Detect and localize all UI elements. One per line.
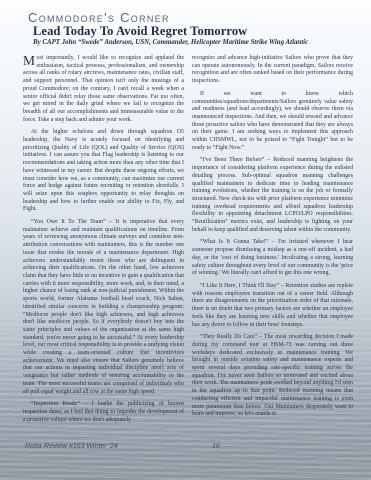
paragraph: “I've Been There Before” – Reduced manni… bbox=[192, 157, 353, 234]
paragraph: At the higher echelons and down through … bbox=[23, 129, 184, 214]
paragraph-lead: Most importantly, I would like to recogn… bbox=[23, 55, 184, 124]
paragraph: “I Like It Here, I Think I'll Stay” – Re… bbox=[192, 283, 353, 329]
article-byline: By CAPT John “Swede” Anderson, USN, Comm… bbox=[33, 39, 308, 46]
column-right: recognize and advance high-initiative Sa… bbox=[192, 55, 353, 429]
paragraph: “Inspection Ready” – I loathe the public… bbox=[23, 401, 184, 424]
footer-publication: Rotor Review #163 Winter '24 bbox=[25, 443, 118, 450]
article-body: Most importantly, I would like to recogn… bbox=[23, 55, 353, 429]
drop-cap: M bbox=[23, 55, 37, 67]
paragraph: “You Owe It To The Team” – It is imperat… bbox=[23, 219, 184, 396]
paragraph: “They Really Do Care” – The most rewardi… bbox=[192, 334, 353, 419]
paragraph-continuation: recognize and advance high-initiative Sa… bbox=[192, 55, 353, 86]
paragraph: If we want to know which communities/squ… bbox=[192, 91, 353, 153]
section-kicker: Commodore's Corner bbox=[28, 10, 170, 25]
column-left: Most importantly, I would like to recogn… bbox=[23, 55, 184, 429]
magazine-page: Commodore's Corner Lead Today To Avoid R… bbox=[0, 0, 371, 480]
article-title: Lead Today To Avoid Regret Tomorrow bbox=[33, 24, 247, 39]
footer-page-number: 16 bbox=[212, 443, 220, 450]
paragraph: “What Is It Gonna Take!” – I'm irritated… bbox=[192, 239, 353, 278]
paragraph-text: ost importantly, I would like to recogni… bbox=[23, 55, 184, 123]
